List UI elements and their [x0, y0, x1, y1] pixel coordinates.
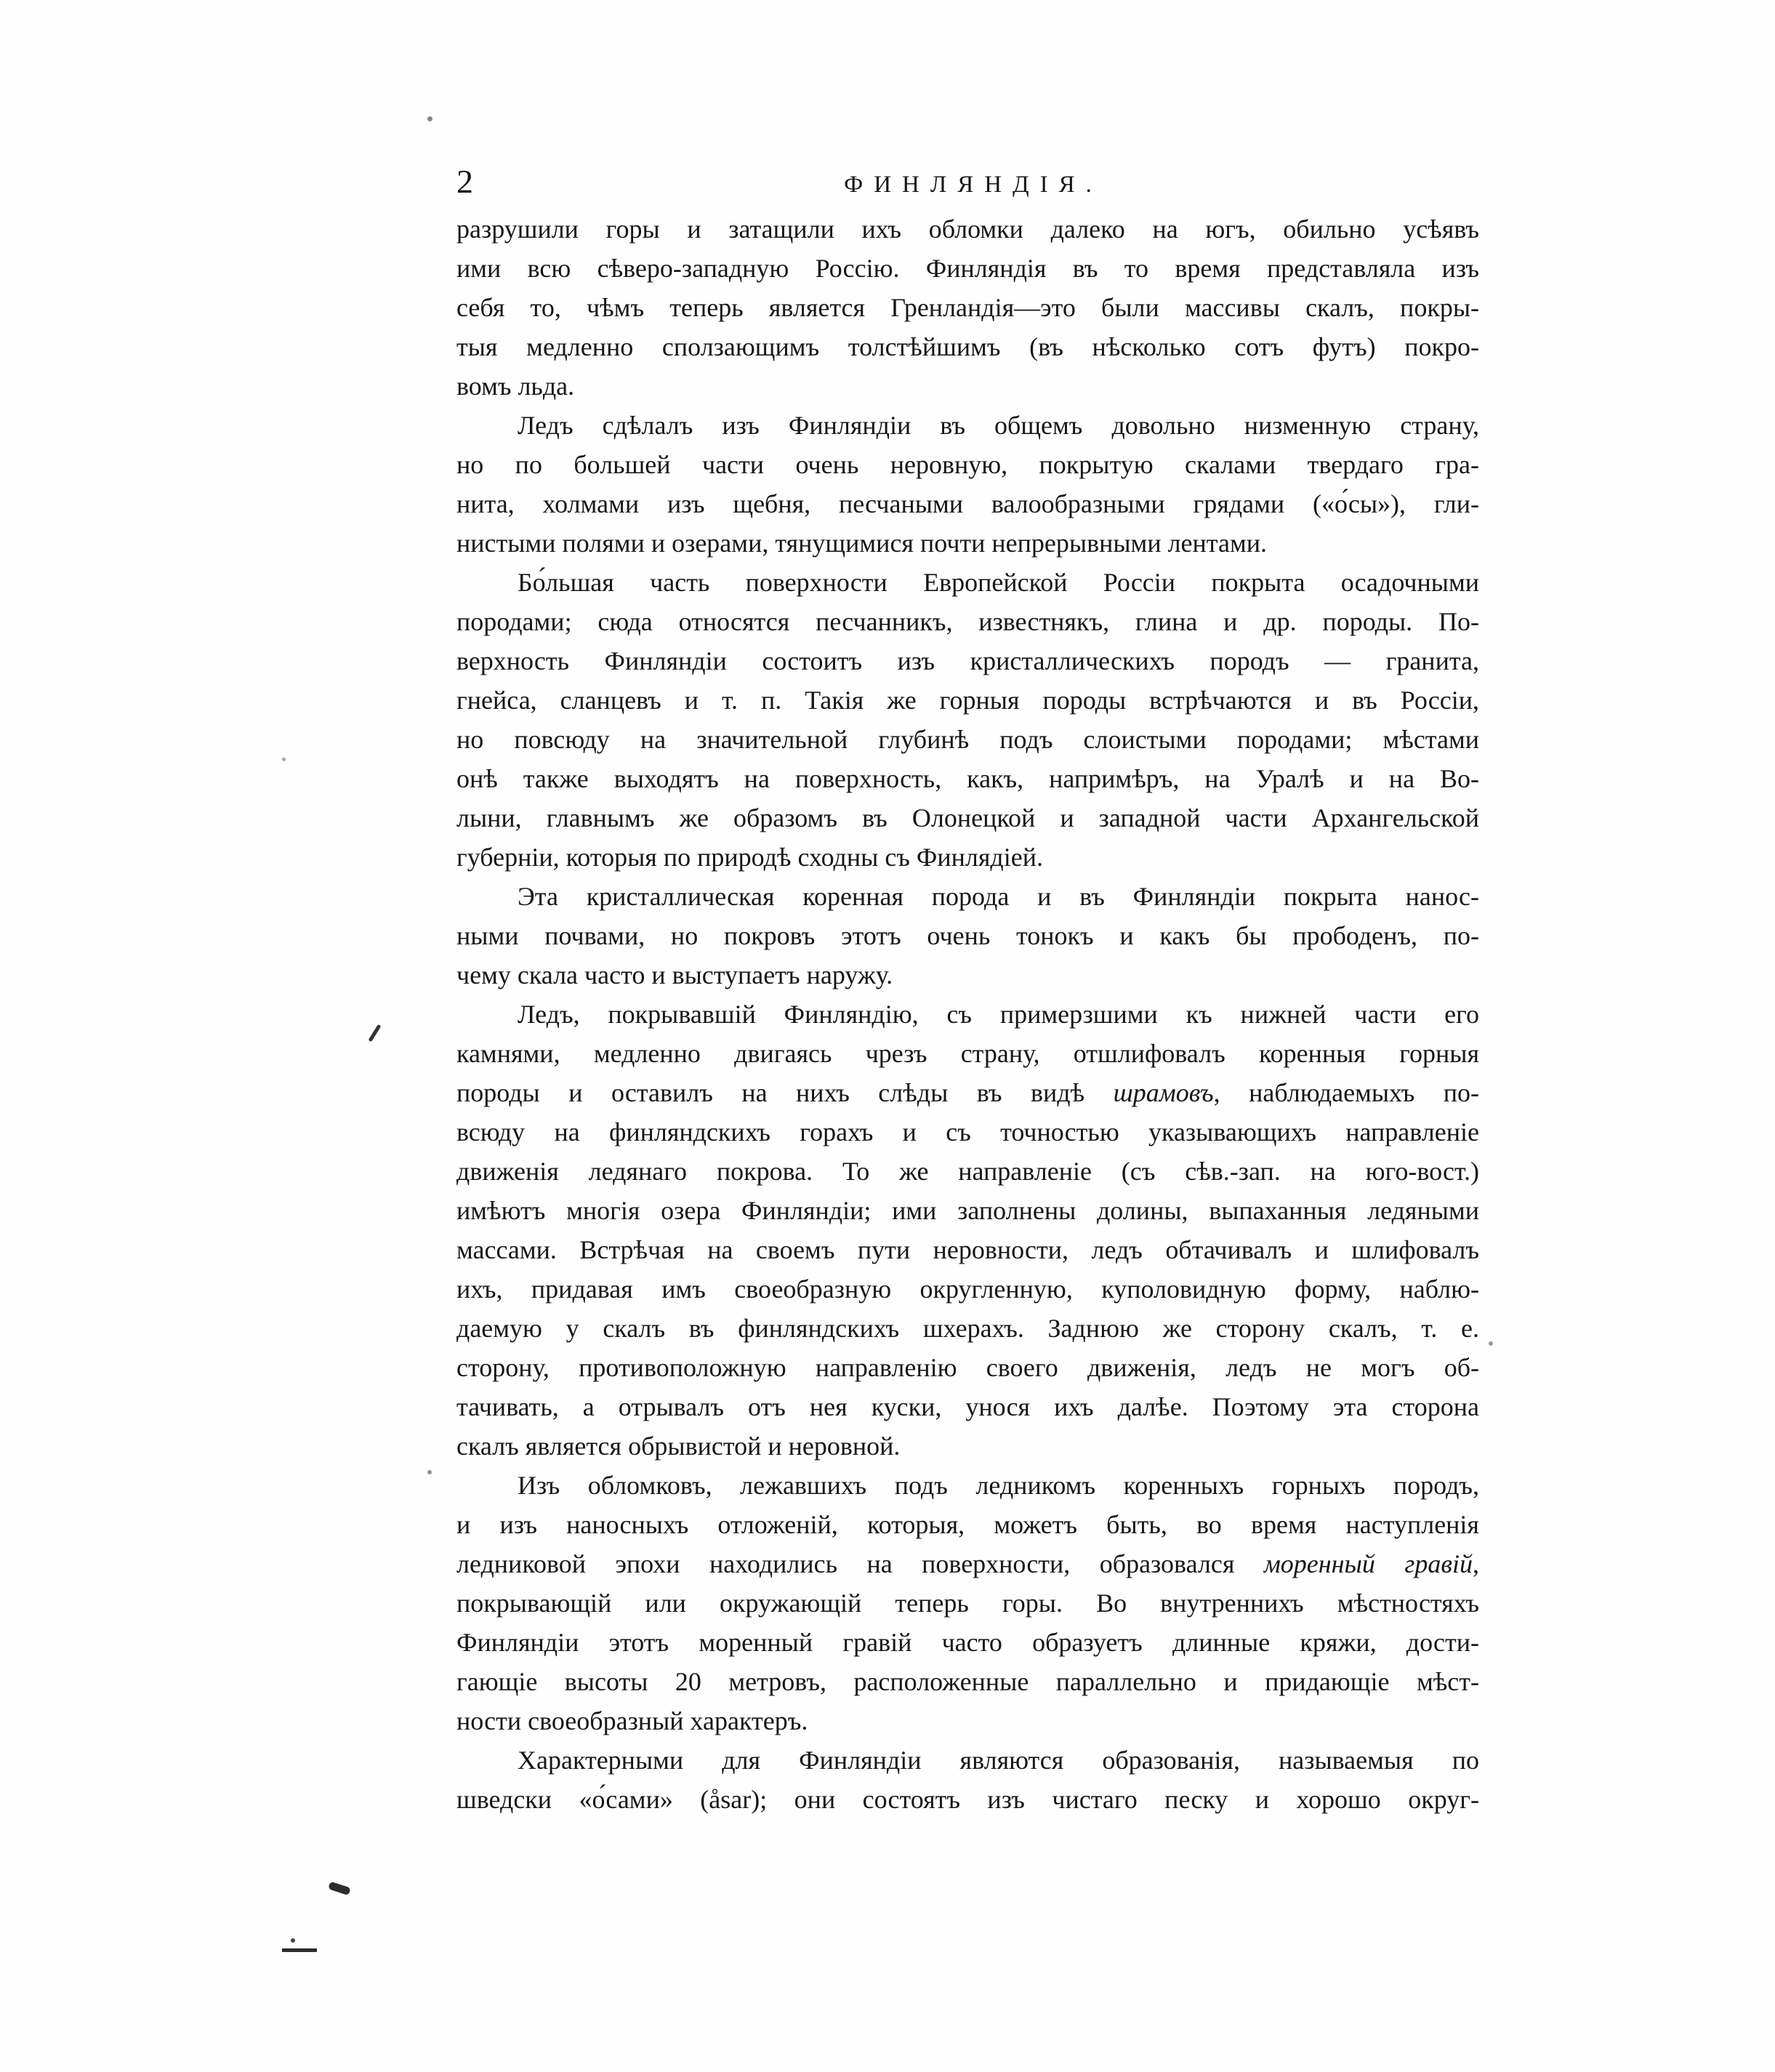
text-line: гнейса, сланцевъ и т. п. Такія же горныя…	[456, 680, 1479, 720]
paragraph: Изъ обломковъ, лежавшихъ подъ ледникомъ …	[456, 1466, 1479, 1740]
text-line: гающіе высоты 20 метровъ, расположенные …	[456, 1662, 1479, 1701]
scan-speck	[1489, 1341, 1493, 1346]
text-line: онѣ также выходятъ на поверхность, какъ,…	[456, 759, 1479, 798]
text-line: Ледъ, покрывавшій Финляндію, съ примерзш…	[456, 995, 1479, 1034]
text-line: Эта кристаллическая коренная порода и въ…	[456, 877, 1479, 916]
paragraph: Эта кристаллическая коренная порода и въ…	[456, 877, 1479, 995]
text-line: нита, холмами изъ щебня, песчаными валоо…	[456, 484, 1479, 523]
text-line: нистыми полями и озерами, тянущимися поч…	[456, 523, 1479, 563]
text-line: Бо́льшая часть поверхности Европейской Р…	[456, 563, 1479, 602]
text-line: верхность Финляндіи состоитъ изъ кристал…	[456, 641, 1479, 680]
text-line: Ледъ сдѣлалъ изъ Финляндіи въ общемъ дов…	[456, 406, 1479, 445]
text-line: но по большей части очень неровную, покр…	[456, 445, 1479, 484]
scan-speck	[427, 1470, 432, 1474]
stray-ink-mark	[328, 1882, 351, 1896]
text-line: но повсюду на значительной глубинѣ подъ …	[456, 720, 1479, 759]
text-line: даемую у скалъ въ финляндскихъ шхерахъ. …	[456, 1309, 1479, 1348]
text-line: скалъ является обрывистой и неровной.	[456, 1426, 1479, 1466]
text-line: ледниковой эпохи находились на поверхнос…	[456, 1544, 1479, 1583]
text-line: массами. Встрѣчая на своемъ пути неровно…	[456, 1230, 1479, 1269]
text-line: Характерными для Финляндіи являются обра…	[456, 1740, 1479, 1780]
text-line: тачивать, а отрывалъ отъ нея куски, унос…	[456, 1387, 1479, 1426]
paragraph: разрушили горы и затащили ихъ обломки да…	[456, 209, 1479, 406]
text-line: разрушили горы и затащили ихъ обломки да…	[456, 209, 1479, 249]
text-line: ихъ, придавая имъ своеобразную округленн…	[456, 1269, 1479, 1309]
text-line: всюду на финляндскихъ горахъ и съ точнос…	[456, 1112, 1479, 1152]
text-line: Финляндіи этотъ моренный гравій часто об…	[456, 1623, 1479, 1662]
scan-speck	[291, 1938, 295, 1943]
text-line: Изъ обломковъ, лежавшихъ подъ ледникомъ …	[456, 1466, 1479, 1505]
text-line: породами; сюда относятся песчанникъ, изв…	[456, 602, 1479, 641]
text-line: губерніи, которыя по природѣ сходны съ Ф…	[456, 838, 1479, 877]
stray-ink-mark	[368, 1024, 381, 1043]
text-line: имѣютъ многія озера Финляндіи; ими запол…	[456, 1191, 1479, 1230]
stray-ink-mark	[282, 1948, 317, 1952]
text-line: ности своеобразный характеръ.	[456, 1701, 1479, 1740]
book-page: 2 ФИНЛЯНДІЯ. разрушили горы и затащили и…	[0, 0, 1775, 2072]
paragraph: Ледъ сдѣлалъ изъ Финляндіи въ общемъ дов…	[456, 406, 1479, 563]
scan-speck	[427, 116, 432, 121]
paragraph: Бо́льшая часть поверхности Европейской Р…	[456, 563, 1479, 877]
text-line: себя то, чѣмъ теперь является Гренландія…	[456, 288, 1479, 327]
text-line: движенія ледянаго покрова. То же направл…	[456, 1152, 1479, 1191]
paragraph: Ледъ, покрывавшій Финляндію, съ примерзш…	[456, 995, 1479, 1466]
text-line: лыни, главнымъ же образомъ въ Олонецкой …	[456, 798, 1479, 838]
text-line: тыя медленно сползающимъ толстѣйшимъ (въ…	[456, 327, 1479, 366]
text-line: породы и оставилъ на нихъ слѣды въ видѣ …	[456, 1073, 1479, 1112]
text-line: чему скала часто и выступаетъ наружу.	[456, 955, 1479, 995]
paragraph: Характерными для Финляндіи являются обра…	[456, 1740, 1479, 1819]
text-line: и изъ наносныхъ отложеній, которыя, може…	[456, 1505, 1479, 1544]
text-line: покрывающій или окружающій теперь горы. …	[456, 1583, 1479, 1623]
text-line: шведски «о́сами» (åsar); они состоятъ из…	[456, 1780, 1479, 1819]
text-line: ными почвами, но покровъ этотъ очень тон…	[456, 916, 1479, 955]
running-header: ФИНЛЯНДІЯ.	[456, 170, 1479, 199]
text-line: ими всю сѣверо-западную Россію. Финлянді…	[456, 249, 1479, 288]
text-line: сторону, противоположную направленію сво…	[456, 1348, 1479, 1387]
body-text: разрушили горы и затащили ихъ обломки да…	[456, 209, 1479, 1819]
scan-speck	[282, 758, 286, 761]
text-line: камнями, медленно двигаясь чрезъ страну,…	[456, 1034, 1479, 1073]
text-line: вомъ льда.	[456, 366, 1479, 406]
